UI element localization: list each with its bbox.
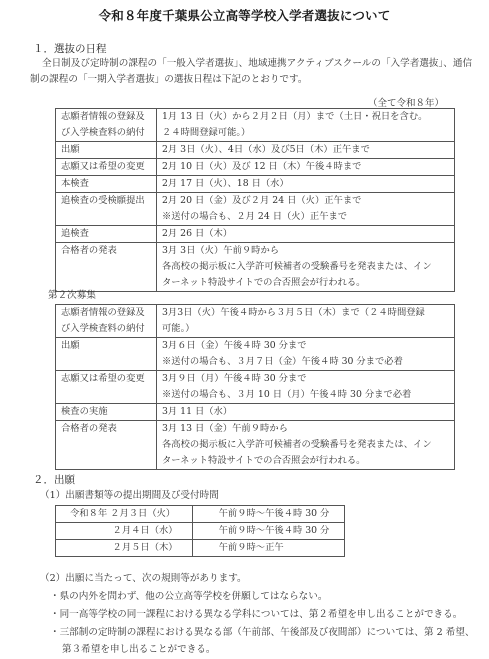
row-value-line: 3月 3日（火）午前９時から: [162, 243, 449, 259]
row-value: 2月 20 日（金）及び２月 24 日（火）正午まで※送付の場合も、２月 24 …: [157, 193, 455, 226]
table-row: 令和８年 ２月３日（火）午前９時～午後４時 30 分: [56, 506, 345, 523]
submission-date: ２月５日（木）: [56, 540, 193, 557]
row-value: 3月 13 日（金）午前９時から各高校の掲示板に入学許可候補者の受験番号を発表ま…: [157, 421, 455, 470]
schedule-table: 志願者情報の登録及び入学検査料の納付1月 13 日（火）から２月２日（月）まで（…: [55, 108, 455, 292]
row-label-line: 志願者情報の登録及: [61, 109, 151, 125]
row-value-line: 3月９日（月）午後４時 30 分まで: [162, 371, 449, 387]
row-value-line: ２４時間登録可能。）: [162, 125, 449, 141]
row-value: 3月 11 日（水）: [157, 404, 455, 421]
year-note: （全て令和８年）: [368, 95, 444, 109]
row-value-line: 3月６日（金）午後４時 30 分まで: [162, 338, 449, 354]
table-row: ２月４日（水）午前９時～午後４時 30 分: [56, 523, 345, 540]
table-row: 志願者情報の登録及び入学検査料の納付1月 13 日（火）から２月２日（月）まで（…: [56, 109, 455, 142]
table-row: 本検査2月 17 日（火）、18 日（水）: [56, 176, 455, 193]
table-row: 出願3月６日（金）午後４時 30 分まで※送付の場合も、３月７日（金）午後４時 …: [56, 338, 455, 371]
row-label: 志願又は希望の変更: [56, 159, 157, 176]
table-row: 追検査の受検願提出2月 20 日（金）及び２月 24 日（火）正午まで※送付の場…: [56, 193, 455, 226]
row-value: 3月９日（月）午後４時 30 分まで※送付の場合も、３月 10 日（月）午後４時…: [157, 371, 455, 404]
row-label-line: 志願者情報の登録及: [61, 305, 151, 321]
submission-time: 午前９時～午後４時 30 分: [192, 506, 344, 523]
rule-item-continuation: 第３希望を申し出ることができる。: [62, 642, 216, 658]
submission-period-table: 令和８年 ２月３日（火）午前９時～午後４時 30 分２月４日（水）午前９時～午後…: [55, 505, 345, 557]
row-label: 検査の実施: [56, 404, 157, 421]
submission-time: 午前９時～正午: [192, 540, 344, 557]
row-value-line: 2月 17 日（火）、18 日（水）: [162, 176, 449, 192]
rule-item: ・同一高等学校の同一課程における異なる学科については、第２希望を申し出ることがで…: [50, 607, 462, 623]
row-value-line: 各高校の掲示板に入学許可候補者の受験番号を発表または、イン: [162, 437, 449, 453]
row-value-line: ターネット特設サイトでの合否照会が行われる。: [162, 275, 449, 291]
row-label: 出願: [56, 338, 157, 371]
table-row: 追検査2月 26 日（木）: [56, 226, 455, 243]
second-recruit-heading: 第２次募集: [48, 288, 96, 304]
row-value: 1月 13 日（火）から２月２日（月）まで（土日・祝日を含む。２４時間登録可能。…: [157, 109, 455, 142]
row-label: 合格者の発表: [56, 243, 157, 292]
section1-heading: １．選抜の日程: [33, 41, 107, 56]
row-label-line: 合格者の発表: [61, 243, 151, 259]
row-label: 合格者の発表: [56, 421, 157, 470]
row-label: 志願者情報の登録及び入学検査料の納付: [56, 305, 157, 338]
row-label-line: 志願又は希望の変更: [61, 159, 151, 175]
row-label: 志願者情報の登録及び入学検査料の納付: [56, 109, 157, 142]
row-value: 2月 26 日（木）: [157, 226, 455, 243]
row-value-line: 可能。）: [162, 321, 449, 337]
row-value: 3月 3日（火）午前９時から各高校の掲示板に入学許可候補者の受験番号を発表または…: [157, 243, 455, 292]
row-value-line: 3月3日（火）午後４時から３月５日（木）まで（２４時間登録: [162, 305, 449, 321]
row-value-line: ※送付の場合も、３月７日（金）午後４時 30 分まで必着: [162, 354, 449, 370]
row-label-line: 追検査: [61, 226, 151, 242]
page-title: 令和８年度千葉県公立高等学校入学者選抜について: [0, 6, 489, 24]
row-label: 志願又は希望の変更: [56, 371, 157, 404]
row-value-line: 2月 10 日（火）及び 12 日（木）午後４時まで: [162, 159, 449, 175]
table-row: ２月５日（木）午前９時～正午: [56, 540, 345, 557]
row-label-line: 追検査の受検願提出: [61, 193, 151, 209]
row-value: 2月 17 日（火）、18 日（水）: [157, 176, 455, 193]
rule-item: ・三部制の定時制の課程における異なる部（午前部、午後部及び夜間部）については、第…: [50, 625, 475, 641]
row-label: 追検査: [56, 226, 157, 243]
row-value-line: 2月 26 日（木）: [162, 226, 449, 242]
section1-paragraph-line1: 全日制及び定時制の課程の「一般入学者選抜」、地域連携アクティブスクールの「入学者…: [42, 56, 472, 72]
row-value-line: 2月 20 日（金）及び２月 24 日（火）正午まで: [162, 193, 449, 209]
row-value-line: ※送付の場合も、３月 10 日（月）午後４時 30 分まで必着: [162, 387, 449, 403]
row-label-line: 合格者の発表: [61, 421, 151, 437]
row-label-line: 出願: [61, 142, 151, 158]
row-value-line: 3月 11 日（水）: [162, 404, 449, 420]
row-value: 3月６日（金）午後４時 30 分まで※送付の場合も、３月７日（金）午後４時 30…: [157, 338, 455, 371]
section1-paragraph-line2: 制の課程の「一期入学者選抜」の選抜日程は下記のとおりです。: [30, 72, 307, 88]
row-label-line: 検査の実施: [61, 404, 151, 420]
row-label: 出願: [56, 142, 157, 159]
row-value-line: ターネット特設サイトでの合否照会が行われる。: [162, 453, 449, 469]
table-row: 志願者情報の登録及び入学検査料の納付3月3日（火）午後４時から３月５日（木）まで…: [56, 305, 455, 338]
row-label-line: 本検査: [61, 176, 151, 192]
row-value-line: 各高校の掲示板に入学許可候補者の受験番号を発表または、イン: [162, 259, 449, 275]
row-value-line: 2月 3日（火）、4日（水）及び5日（木）正午まで: [162, 142, 449, 158]
table-row: 志願又は希望の変更2月 10 日（火）及び 12 日（木）午後４時まで: [56, 159, 455, 176]
row-value-line: ※送付の場合も、２月 24 日（火）正午まで: [162, 209, 449, 225]
table-row: 志願又は希望の変更3月９日（月）午後４時 30 分まで※送付の場合も、３月 10…: [56, 371, 455, 404]
row-label-line: び入学検査料の納付: [61, 125, 151, 141]
section2-sub1: （1）出願書類等の提出期間及び受付時間: [40, 488, 219, 504]
row-value: 2月 10 日（火）及び 12 日（木）午後４時まで: [157, 159, 455, 176]
submission-time: 午前９時～午後４時 30 分: [192, 523, 344, 540]
row-label-line: 志願又は希望の変更: [61, 371, 151, 387]
section2-sub2: （2）出願に当たって、次の規則等があります。: [40, 571, 247, 587]
row-value: 3月3日（火）午後４時から３月５日（木）まで（２４時間登録可能。）: [157, 305, 455, 338]
row-label-line: び入学検査料の納付: [61, 321, 151, 337]
table-row: 合格者の発表3月 3日（火）午前９時から各高校の掲示板に入学許可候補者の受験番号…: [56, 243, 455, 292]
table-row: 出願2月 3日（火）、4日（水）及び5日（木）正午まで: [56, 142, 455, 159]
second-recruit-table: 志願者情報の登録及び入学検査料の納付3月3日（火）午後４時から３月５日（木）まで…: [55, 304, 455, 470]
row-label: 本検査: [56, 176, 157, 193]
row-value-line: 1月 13 日（火）から２月２日（月）まで（土日・祝日を含む。: [162, 109, 449, 125]
row-value: 2月 3日（火）、4日（水）及び5日（木）正午まで: [157, 142, 455, 159]
submission-date: 令和８年 ２月３日（火）: [56, 506, 193, 523]
table-row: 検査の実施3月 11 日（水）: [56, 404, 455, 421]
section2-heading: ２．出願: [33, 472, 75, 487]
table-row: 合格者の発表3月 13 日（金）午前９時から各高校の掲示板に入学許可候補者の受験…: [56, 421, 455, 470]
row-label-line: 出願: [61, 338, 151, 354]
submission-date: ２月４日（水）: [56, 523, 193, 540]
row-label: 追検査の受検願提出: [56, 193, 157, 226]
rule-item: ・県の内外を問わず、他の公立高等学校を併願してはならない。: [50, 589, 327, 605]
row-value-line: 3月 13 日（金）午前９時から: [162, 421, 449, 437]
